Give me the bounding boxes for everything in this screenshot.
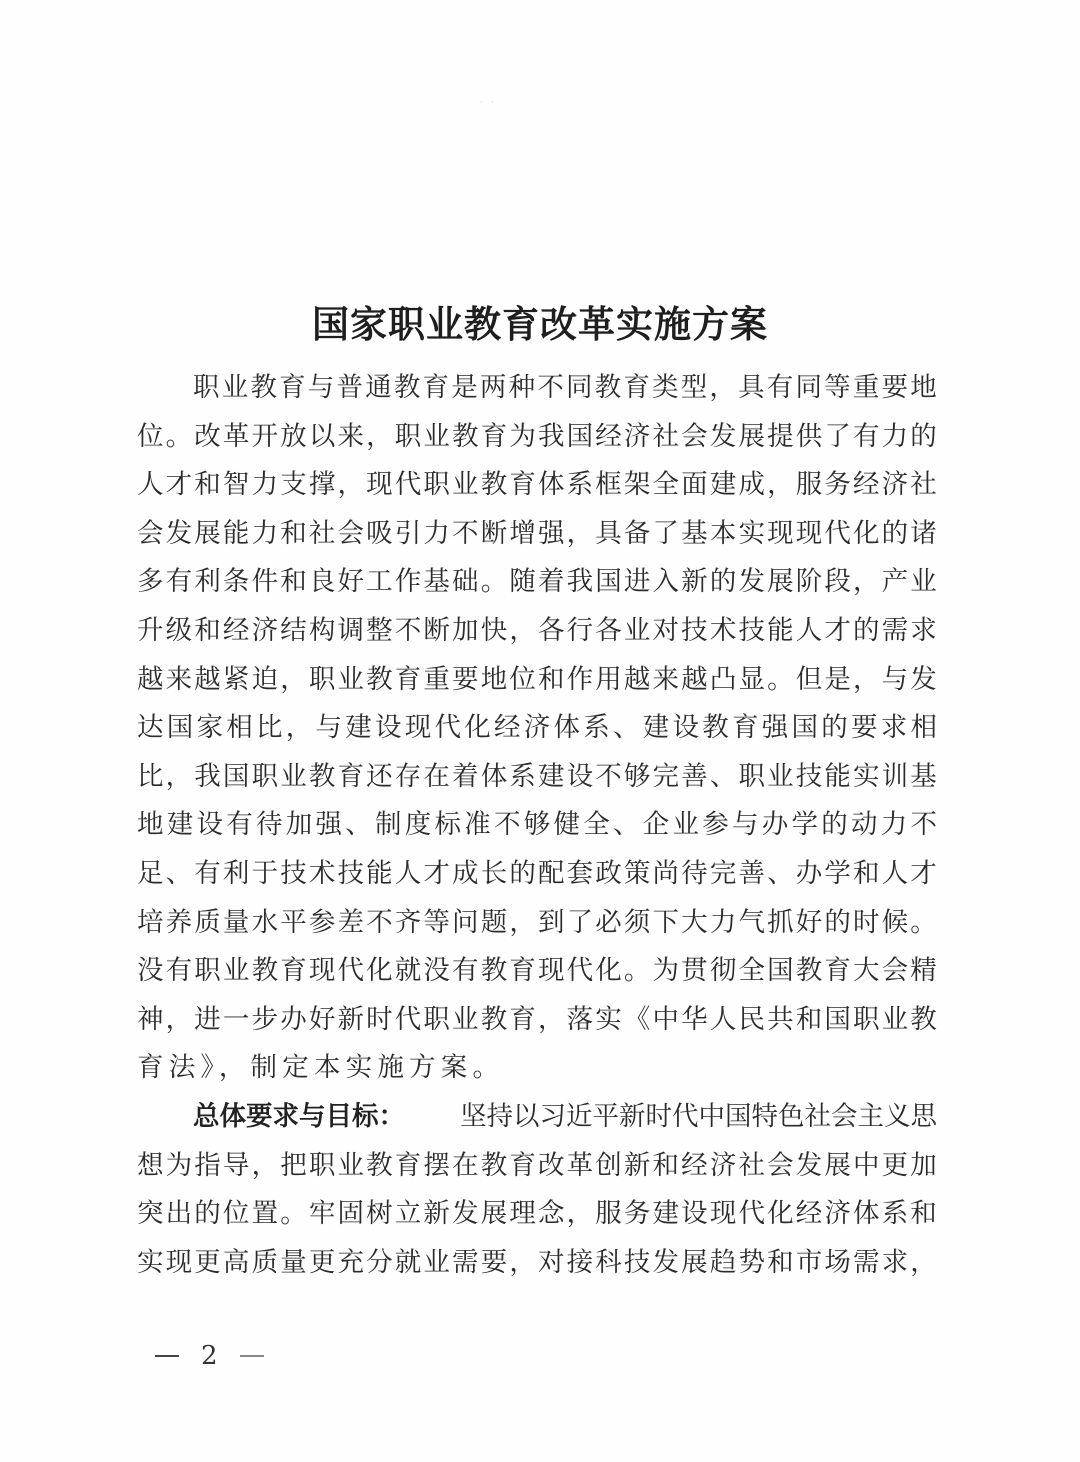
text-line: 足、有利于技术技能人才成长的配套政策尚待完善、办学和人才	[137, 850, 937, 899]
text-line: 越来越紧迫，职业教育重要地位和作用越来越凸显。但是，与发	[137, 656, 937, 705]
text-line: 会发展能力和社会吸引力不断增强，具备了基本实现现代化的诸	[137, 510, 937, 559]
section-lead-heading: 总体要求与目标：	[193, 1093, 405, 1142]
text-line: 位。改革开放以来，职业教育为我国经济社会发展提供了有力的	[137, 413, 937, 462]
page-number-footer: 2	[155, 1336, 264, 1376]
text-line-with-lead: 总体要求与目标：坚持以习近平新时代中国特色社会主义思	[137, 1093, 937, 1142]
text-line: 地建设有待加强、制度标准不够健全、企业参与办学的动力不	[137, 801, 937, 850]
page-number: 2	[201, 1341, 218, 1371]
text-line: 培养质量水平参差不齐等问题，到了必须下大力气抓好的时候。	[137, 899, 937, 948]
document-body: 职业教育与普通教育是两种不同教育类型，具有同等重要地 位。改革开放以来，职业教育…	[137, 364, 937, 1287]
dash-right	[240, 1355, 264, 1357]
text-line: 实现更高质量更充分就业需要，对接科技发展趋势和市场需求，	[137, 1239, 937, 1288]
text-line: 没有职业教育现代化就没有教育现代化。为贯彻全国教育大会精	[137, 947, 937, 996]
text-line: 比，我国职业教育还存在着体系建设不够完善、职业技能实训基	[137, 753, 937, 802]
text-line: 人才和智力支撑，现代职业教育体系框架全面建成，服务经济社	[137, 461, 937, 510]
text-line: 想为指导，把职业教育摆在教育改革创新和经济社会发展中更加	[137, 1142, 937, 1191]
text-line: 突出的位置。牢固树立新发展理念，服务建设现代化经济体系和	[137, 1190, 937, 1239]
document-title: 国家职业教育改革实施方案	[0, 301, 1080, 347]
text-line: 职业教育与普通教育是两种不同教育类型，具有同等重要地	[137, 364, 937, 413]
text-line: 多有利条件和良好工作基础。随着我国进入新的发展阶段，产业	[137, 558, 937, 607]
scan-artifact: · ·	[480, 98, 500, 102]
text-line: 育法》，制定本实施方案。	[137, 1044, 937, 1093]
document-page: · · 国家职业教育改革实施方案 职业教育与普通教育是两种不同教育类型，具有同等…	[0, 0, 1080, 1462]
text-span: 坚持以习近平新时代中国特色社会主义思	[460, 1093, 937, 1142]
text-line: 神，进一步办好新时代职业教育，落实《中华人民共和国职业教	[137, 996, 937, 1045]
text-line: 升级和经济结构调整不断加快，各行各业对技术技能人才的需求	[137, 607, 937, 656]
text-line: 达国家相比，与建设现代化经济体系、建设教育强国的要求相	[137, 704, 937, 753]
dash-left	[155, 1355, 179, 1357]
